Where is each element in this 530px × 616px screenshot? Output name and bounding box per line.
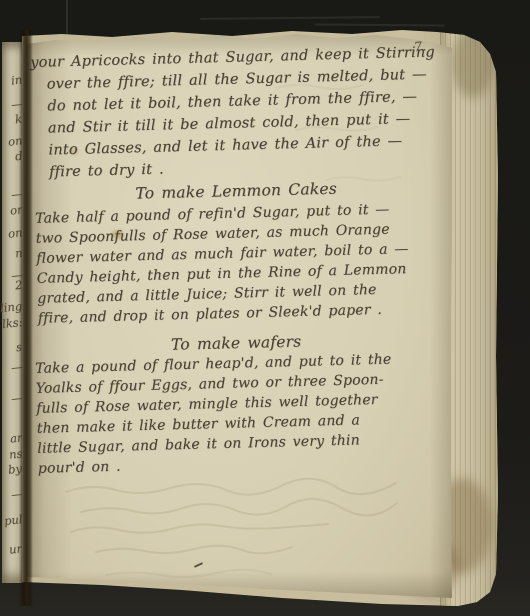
- recipe-section-lemmon-cakes: Take half a pound of refin'd Sugar, put …: [30, 200, 455, 331]
- book-gutter-shadow: [19, 30, 33, 606]
- recipe-section-wafers: Take a pound of flour heap'd, and put to…: [30, 350, 455, 481]
- stain: [452, 28, 494, 98]
- ink-speck: [194, 562, 203, 568]
- manuscript-page: 7. your Apricocks into that Sugar, and k…: [26, 30, 452, 602]
- manuscript-photo: in — k on d — or on n — 2 ling lks: s — …: [0, 0, 530, 616]
- photo-edge-artifact: [66, 0, 68, 38]
- background-scratch: [315, 24, 445, 27]
- recipe-section-apricot-continuation: your Apricocks into that Sugar, and keep…: [30, 44, 455, 187]
- background-scratch: [200, 16, 380, 20]
